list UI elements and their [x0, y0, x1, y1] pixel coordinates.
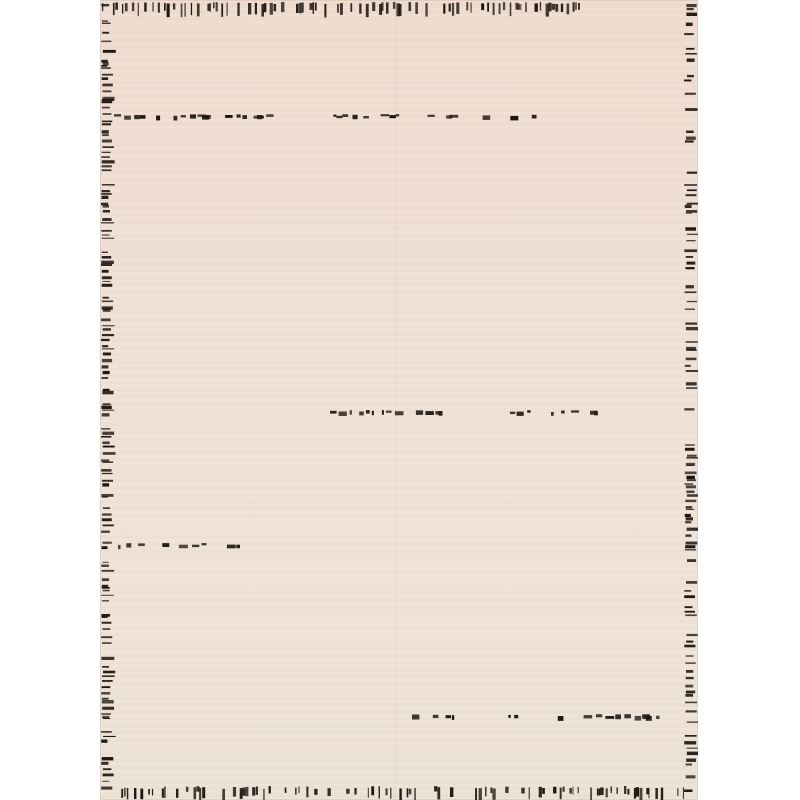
- rug-pattern: [100, 0, 698, 800]
- rug: [100, 0, 698, 800]
